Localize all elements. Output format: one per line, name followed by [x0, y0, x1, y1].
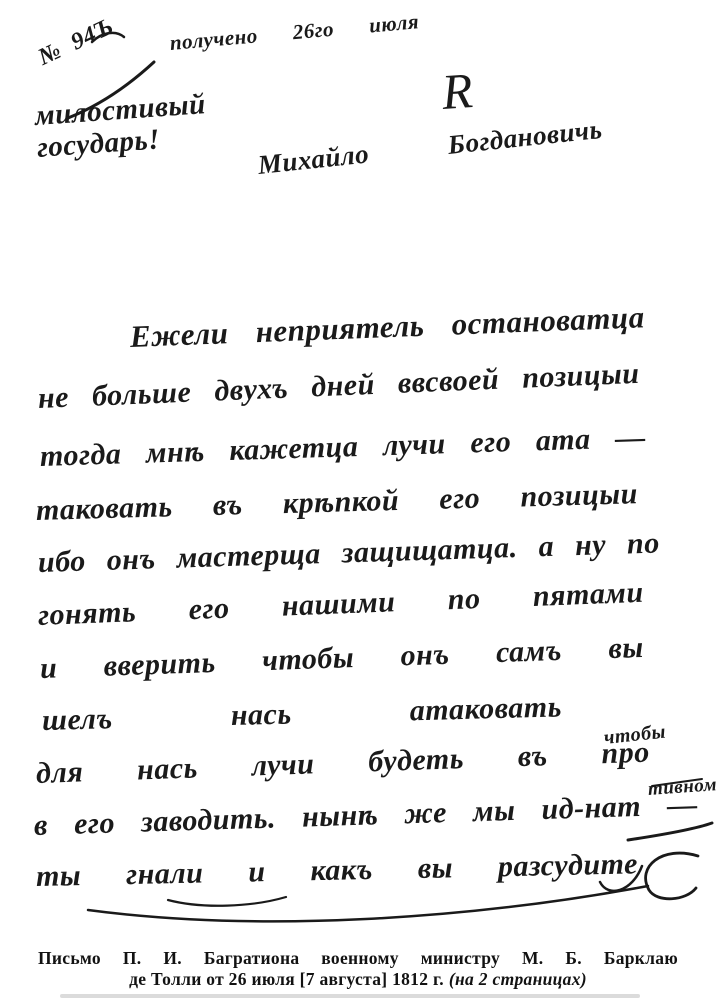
handwriting-line: таковать въ крѣпкой его позицыи — [36, 477, 639, 527]
handwriting-line: тогда мнѣ кажетца лучи его ата — — [39, 421, 646, 474]
handwriting-line: не больше двухъ дней ввсвоей позицыи — [37, 357, 640, 416]
handwriting-line: для нась лучи будеть въ про — [35, 736, 650, 791]
margin-insert-note: чтобы — [603, 717, 705, 750]
caption-line-1: Письмо П. И. Багратиона военному министр… — [38, 948, 678, 969]
handwriting-line: ибо онъ мастерща защищатца. а ну по — [37, 526, 660, 579]
handwriting-line: в его заводить. нынѣ же мы ид-нат — — [33, 788, 698, 842]
handwriting-line: шелъ нась атаковать — [42, 690, 563, 737]
caption-page-count: (на 2 страницах) — [449, 969, 587, 989]
caption-line-2: де Толли от 26 июля [7 августа] 1812 г.(… — [38, 969, 678, 990]
received-note: получено 26го июля — [169, 10, 420, 55]
scan-edge-smudge — [60, 994, 640, 998]
handwriting-line: ты гнали и какъ вы разсудите — [36, 847, 639, 893]
handwriting-line: гонять его нашими по пятами — [37, 576, 644, 633]
handwriting-line: Ежели неприятель остановатца — [129, 300, 645, 354]
handwriting-line: и вверить чтобы онъ самъ вы — [39, 631, 644, 686]
caption-line-2-text: де Толли от 26 июля [7 августа] 1812 г. — [129, 969, 444, 989]
letter-scan-page: № 94Ъ получено 26го июля милостивый госу… — [0, 0, 716, 1000]
caption: Письмо П. И. Багратиона военному министр… — [38, 948, 678, 990]
paraph-mark: R — [440, 62, 475, 120]
margin-insert-note: тивномъ — [647, 773, 716, 800]
registry-number: № 94Ъ — [34, 13, 118, 71]
